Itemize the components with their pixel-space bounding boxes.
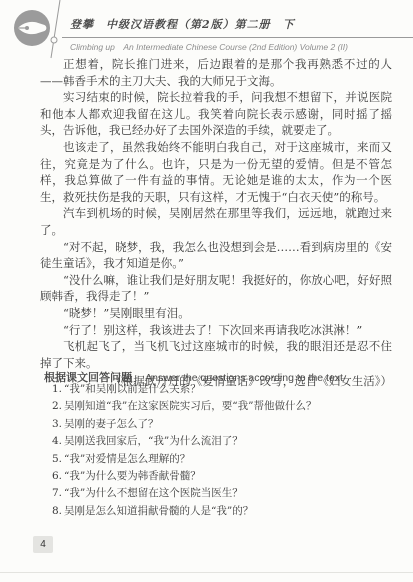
question-number: 7.: [52, 487, 62, 499]
passage-paragraph: 实习结束的时候，院长拉着我的手，问我想不想留下，并说医院和他本人都欢迎我留在这儿…: [40, 89, 392, 139]
book-title-chinese: 登攀 中级汉语教程（第2版）第二册 下: [70, 16, 400, 32]
book-title-english: Climbing up An Intermediate Chinese Cour…: [70, 41, 410, 53]
passage-paragraph: 汽车到机场的时候，吴刚居然在那里等我们，远远地，就跑过来了。: [40, 205, 392, 238]
question-item: 7.“我”为什么不想留在这个医院当医生？: [52, 485, 388, 502]
question-text: “我”对爱情是怎么理解的？: [64, 453, 190, 465]
question-number: 3.: [52, 418, 62, 430]
question-item: 6.“我”为什么要为韩香献骨髓？: [52, 468, 388, 485]
question-item: 2.吴刚知道“我”在这家医院实习后，要“我”帮他做什么？: [52, 398, 388, 415]
question-text: “我”为什么要为韩香献骨髓？: [64, 470, 201, 482]
question-list: 1.“我”和吴刚以前是什么关系？ 2.吴刚知道“我”在这家医院实习后，要“我”帮…: [52, 381, 388, 520]
passage-paragraph: “没什么嘛，谁让我们是好朋友呢！我挺好的，你放心吧，好好照顾韩香，我得走了！”: [40, 272, 392, 305]
reading-passage: 正想着，院长推门进来，后边跟着的是那个我再熟悉不过的人——韩香手术的主刀大夫、我…: [40, 56, 392, 390]
question-text: 吴刚知道“我”在这家医院实习后，要“我”帮他做什么？: [64, 400, 316, 412]
question-item: 3.吴刚的妻子怎么了？: [52, 416, 388, 433]
question-number: 6.: [52, 470, 62, 482]
question-text: “我”为什么不想留在这个医院当医生？: [64, 487, 243, 499]
question-number: 8.: [52, 505, 62, 517]
question-number: 5.: [52, 453, 62, 465]
passage-paragraph: “晓梦！”吴刚眼里有泪。: [40, 305, 392, 322]
question-number: 2.: [52, 400, 62, 412]
question-item: 1.“我”和吴刚以前是什么关系？: [52, 381, 388, 398]
header-slant-line: [46, 0, 68, 60]
question-item: 4.吴刚送我回家后，“我”为什么流泪了？: [52, 433, 388, 450]
question-text: 吴刚送我回家后，“我”为什么流泪了？: [64, 435, 243, 447]
question-number: 4.: [52, 435, 62, 447]
header-rule: [62, 37, 413, 38]
question-item: 8.吴刚是怎么知道捐献骨髓的人是“我”的？: [52, 503, 388, 520]
pen-nib-icon: [14, 10, 50, 46]
question-text: 吴刚是怎么知道捐献骨髓的人是“我”的？: [64, 505, 253, 517]
question-item: 5.“我”对爱情是怎么理解的？: [52, 451, 388, 468]
passage-paragraph: “对不起，晓梦，我，我怎么也没想到会是……看到病房里的《安徒生童话》，我才知道是…: [40, 239, 392, 272]
question-number: 1.: [52, 383, 62, 395]
passage-paragraph: “行了！别这样，我该进去了！下次回来再请我吃冰淇淋！”: [40, 322, 392, 339]
question-text: “我”和吴刚以前是什么关系？: [64, 383, 201, 395]
question-text: 吴刚的妻子怎么了？: [64, 418, 159, 430]
page-number: 4: [33, 536, 53, 553]
passage-paragraph: 正想着，院长推门进来，后边跟着的是那个我再熟悉不过的人——韩香手术的主刀大夫、我…: [40, 56, 392, 89]
passage-paragraph: 也该走了，虽然我始终不能明白我自己，对于这座城市，来而又往，究竟是为了什么。也许…: [40, 139, 392, 205]
textbook-page: 登攀 中级汉语教程（第2版）第二册 下 Climbing up An Inter…: [0, 0, 413, 582]
page-bottom-edge: [0, 572, 413, 573]
